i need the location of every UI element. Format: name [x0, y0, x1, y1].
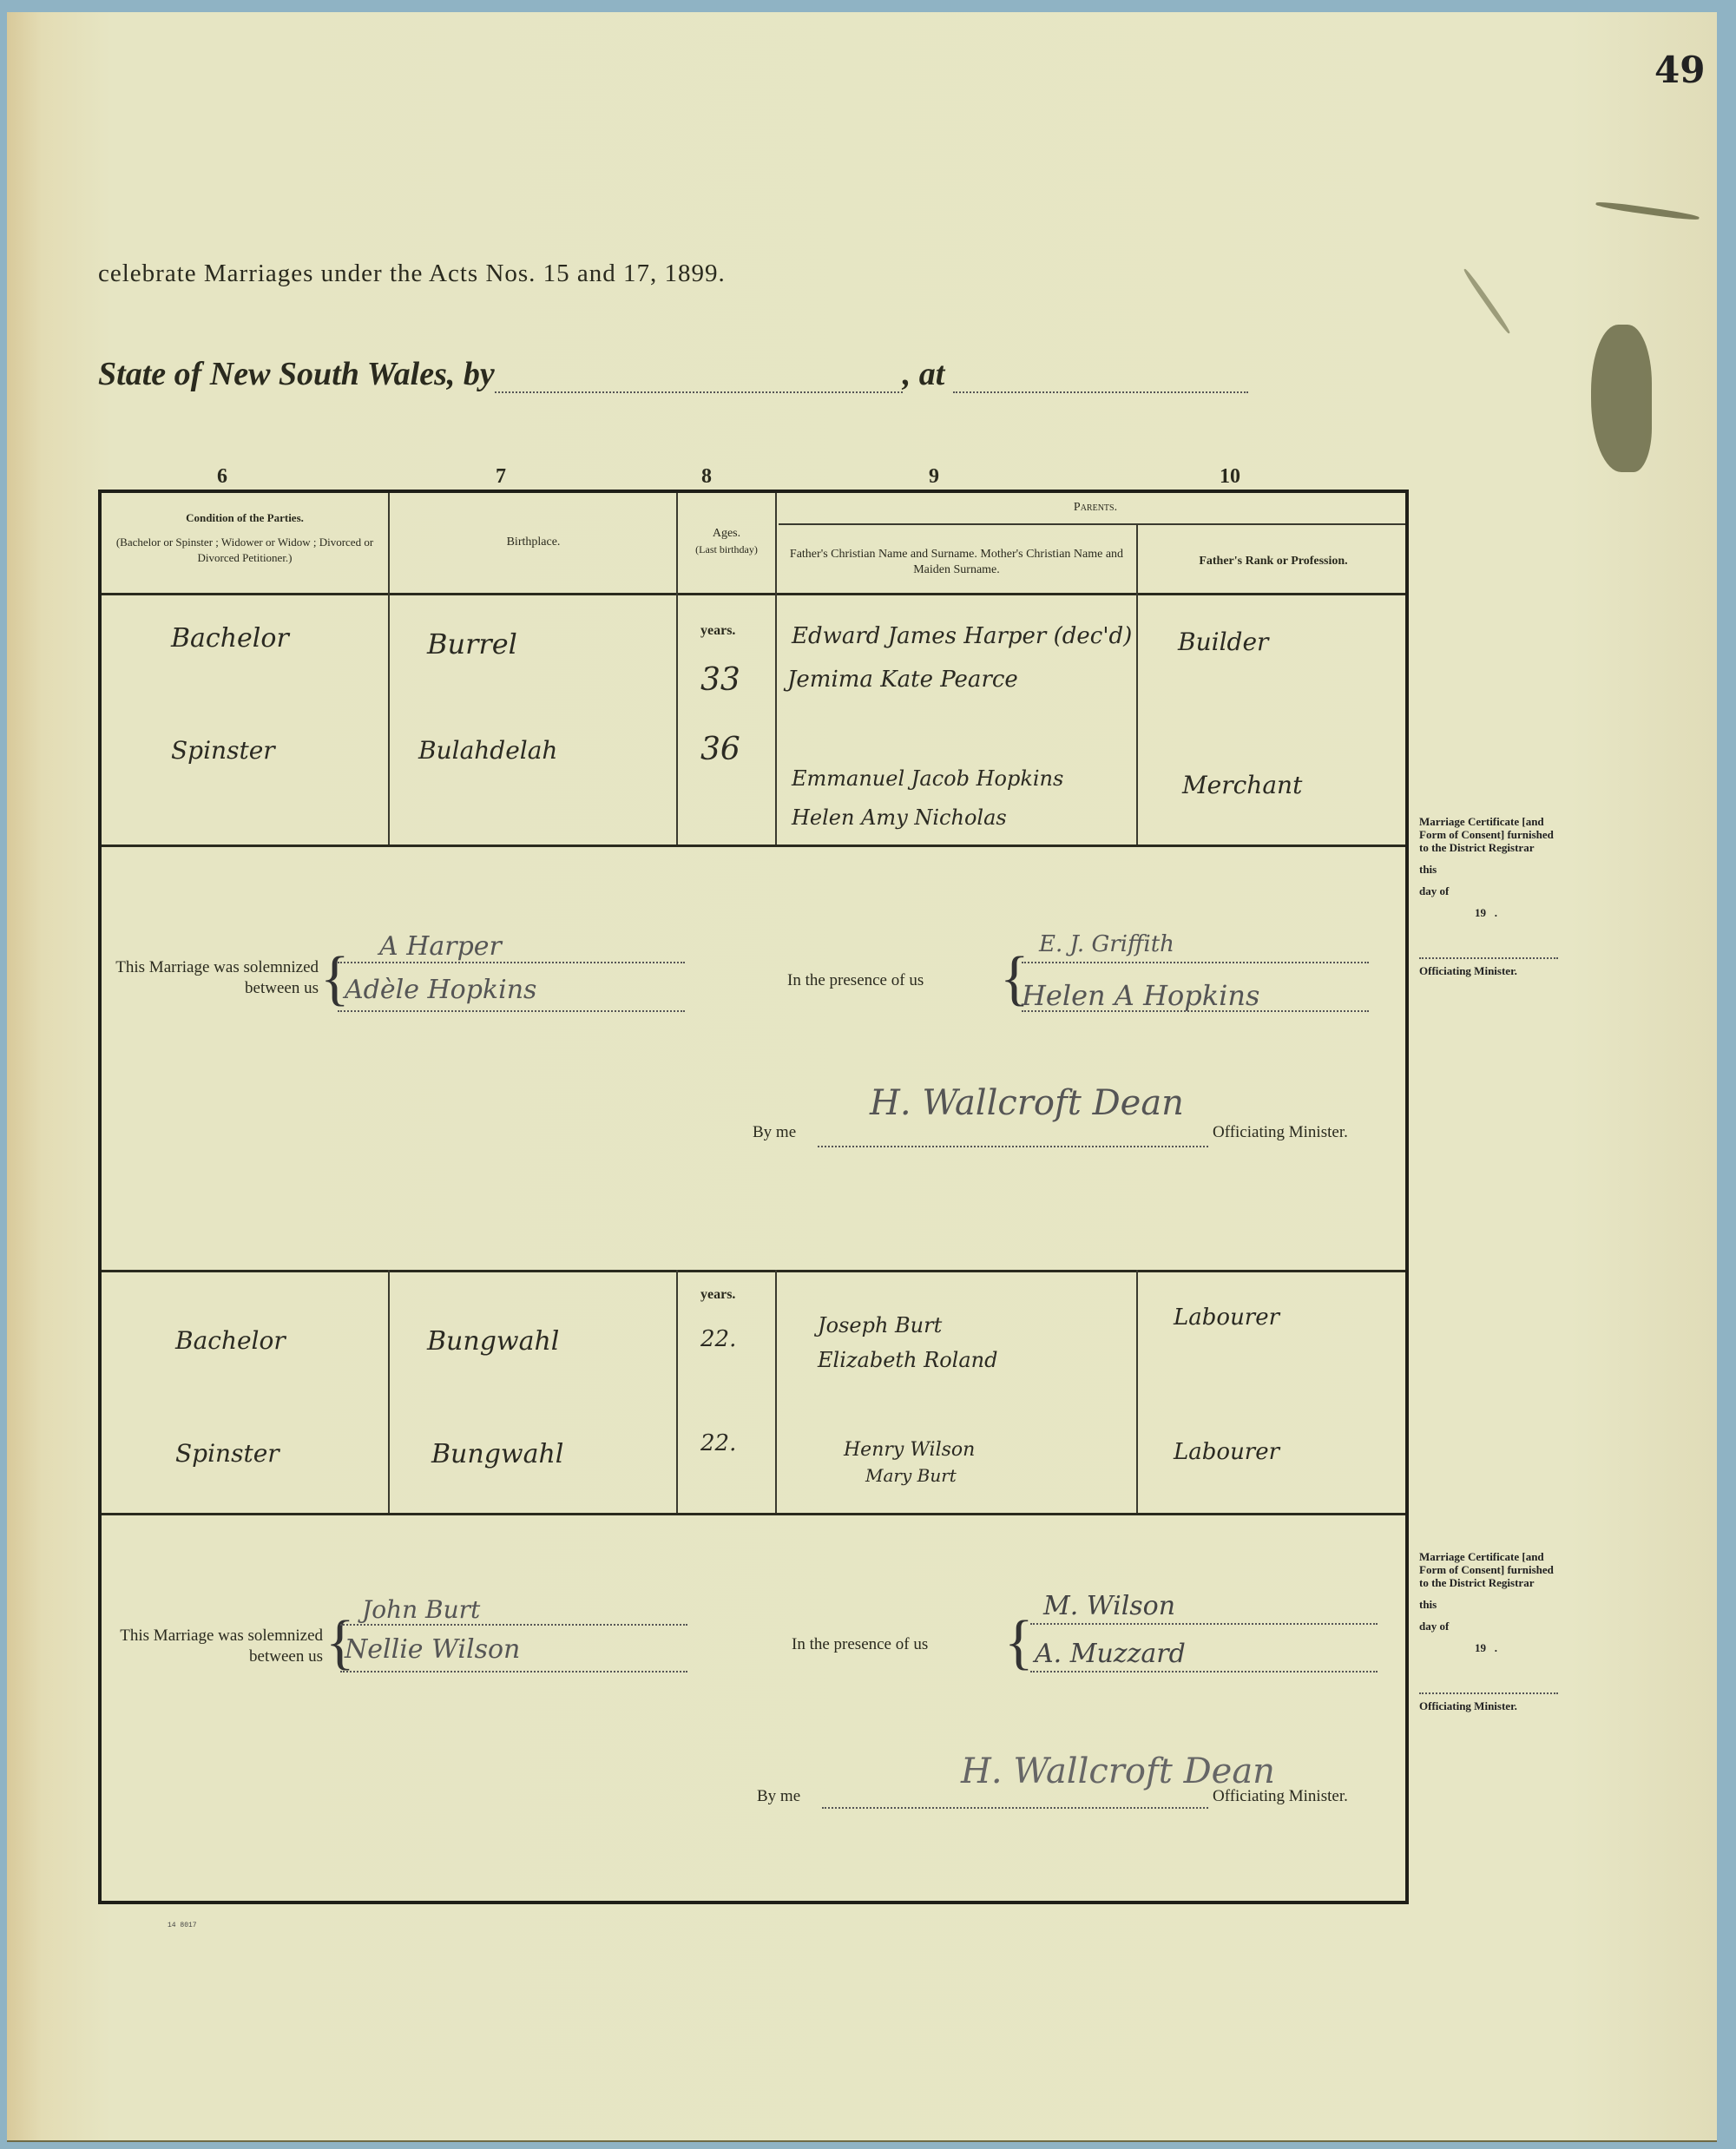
minister-label: Officiating Minister.: [1213, 1122, 1348, 1143]
column-number-8: 8: [701, 465, 712, 489]
bride-mother: Mary Burt: [865, 1465, 957, 1486]
side-note-text: Marriage Certificate [and Form of Consen…: [1419, 1550, 1558, 1589]
side-note-day-of: day of: [1419, 884, 1558, 897]
ink-stain: [1595, 200, 1700, 222]
bride-condition: Spinster: [171, 736, 275, 765]
ink-stain: [1463, 267, 1512, 334]
witness-2-signature: Helen A Hopkins: [1022, 979, 1259, 1012]
header-ages: Ages. (Last birthday): [678, 526, 775, 557]
groom-age: 33: [700, 662, 740, 698]
bride-signature: Adèle Hopkins: [345, 975, 536, 1005]
years-label: years.: [700, 1287, 735, 1303]
side-note-1: Marriage Certificate [and Form of Consen…: [1419, 815, 1558, 977]
bride-age: 22.: [700, 1430, 736, 1456]
solemnized-label: This Marriage was solemnized between us: [102, 1626, 323, 1667]
presence-label: In the presence of us: [792, 1634, 1009, 1655]
signature-line: [340, 1624, 687, 1626]
brace: {: [1004, 1613, 1034, 1673]
groom-father-rank: Labourer: [1174, 1305, 1279, 1331]
entry-divider: [102, 1513, 1405, 1515]
bride-father-rank: Labourer: [1174, 1439, 1279, 1465]
groom-father-rank: Builder: [1178, 628, 1268, 656]
parents-divider: [779, 523, 1405, 525]
header-condition-subtitle: (Bachelor or Spinster ; Widower or Widow…: [110, 535, 379, 566]
solemnized-label: This Marriage was solemnized between us: [102, 957, 319, 999]
bride-mother: Helen Amy Nicholas: [792, 805, 1007, 830]
groom-condition: Bachelor: [171, 623, 289, 654]
header-birthplace: Birthplace.: [397, 535, 670, 550]
column-number-9: 9: [929, 465, 939, 489]
ink-stain: [1591, 325, 1652, 472]
minister-line: [818, 1146, 1208, 1147]
bride-father: Henry Wilson: [844, 1439, 975, 1461]
signature-line: [340, 1671, 687, 1673]
col-divider: [775, 1270, 777, 1513]
signature-line: [338, 962, 685, 963]
register-table: Condition of the Parties. (Bachelor or S…: [98, 490, 1409, 1904]
by-me-label: By me: [753, 1122, 796, 1143]
column-number-7: 7: [496, 465, 506, 489]
minister-signature: H. Wallcroft Dean: [870, 1083, 1184, 1123]
bride-birthplace: Bungwahl: [431, 1439, 563, 1469]
signature-line: [338, 1010, 685, 1012]
minister-label: Officiating Minister.: [1213, 1786, 1348, 1807]
bride-signature: Nellie Wilson: [345, 1634, 520, 1665]
witness-line: [1022, 962, 1369, 963]
state-middle: , at: [903, 356, 945, 392]
groom-father: Joseph Burt: [818, 1313, 942, 1337]
side-note-minister: Officiating Minister.: [1419, 1692, 1558, 1712]
bride-birthplace: Bulahdelah: [418, 736, 557, 765]
witness-line: [1030, 1671, 1378, 1673]
groom-mother: Elizabeth Roland: [818, 1348, 997, 1372]
groom-mother: Jemima Kate Pearce: [787, 667, 1018, 693]
side-note-this: this: [1419, 1598, 1558, 1611]
groom-signature: A Harper: [379, 931, 502, 962]
presence-label: In the presence of us: [787, 970, 1004, 991]
minister-line: [822, 1807, 1208, 1809]
entry-divider: [102, 1270, 1405, 1272]
witness-2-signature: A. Muzzard: [1035, 1639, 1186, 1669]
state-prefix: State of New South Wales, by: [98, 356, 495, 392]
side-note-year: 19 .: [1419, 906, 1558, 919]
header-father-rank: Father's Rank or Profession.: [1139, 554, 1408, 569]
side-note-text: Marriage Certificate [and Form of Consen…: [1419, 815, 1558, 854]
years-label: years.: [700, 623, 735, 639]
witness-1-signature: E. J. Griffith: [1039, 931, 1174, 957]
side-note-year: 19 .: [1419, 1641, 1558, 1654]
header-line: celebrate Marriages under the Acts Nos. …: [98, 260, 726, 288]
groom-condition: Bachelor: [175, 1326, 286, 1355]
col-divider: [775, 493, 777, 844]
side-note-2: Marriage Certificate [and Form of Consen…: [1419, 1550, 1558, 1712]
entry-divider: [102, 844, 1405, 847]
groom-birthplace: Bungwahl: [427, 1326, 559, 1357]
col-divider: [676, 1270, 678, 1513]
footer-code: 14 8017: [168, 1922, 197, 1929]
bride-condition: Spinster: [175, 1439, 279, 1468]
groom-birthplace: Burrel: [427, 628, 517, 660]
column-number-6: 6: [217, 465, 227, 489]
place-blank: [953, 391, 1248, 393]
header-parents: Parents.: [779, 500, 1412, 516]
groom-signature: John Burt: [362, 1595, 480, 1624]
side-note-minister: Officiating Minister.: [1419, 957, 1558, 977]
bride-father-rank: Merchant: [1182, 771, 1302, 799]
header-parents-names: Father's Christian Name and Surname. Mot…: [779, 547, 1134, 578]
state-line: State of New South Wales, by, at: [98, 355, 1248, 393]
witness-line: [1030, 1623, 1378, 1625]
minister-blank: [495, 391, 903, 393]
register-page: 49 celebrate Marriages under the Acts No…: [7, 12, 1717, 2142]
bride-father: Emmanuel Jacob Hopkins: [792, 766, 1063, 791]
col-divider: [388, 1270, 390, 1513]
groom-father: Edward James Harper (dec'd): [792, 623, 1132, 649]
header-condition: Condition of the Parties. (Bachelor or S…: [110, 510, 379, 566]
by-me-label: By me: [757, 1786, 800, 1807]
col-divider: [1136, 1270, 1138, 1513]
bride-age: 36: [700, 732, 740, 767]
side-note-this: this: [1419, 863, 1558, 876]
header-bottom-line: [102, 593, 1405, 595]
page-number: 49: [1654, 49, 1705, 91]
col-divider: [388, 493, 390, 844]
header-ages-subtitle: (Last birthday): [678, 542, 775, 557]
side-note-day-of: day of: [1419, 1620, 1558, 1633]
col-divider: [1136, 523, 1138, 844]
witness-line: [1022, 1010, 1369, 1012]
witness-1-signature: M. Wilson: [1043, 1591, 1175, 1621]
header-ages-title: Ages.: [678, 526, 775, 542]
header-condition-title: Condition of the Parties.: [110, 510, 379, 526]
groom-age: 22.: [700, 1326, 736, 1352]
column-number-10: 10: [1220, 465, 1240, 489]
